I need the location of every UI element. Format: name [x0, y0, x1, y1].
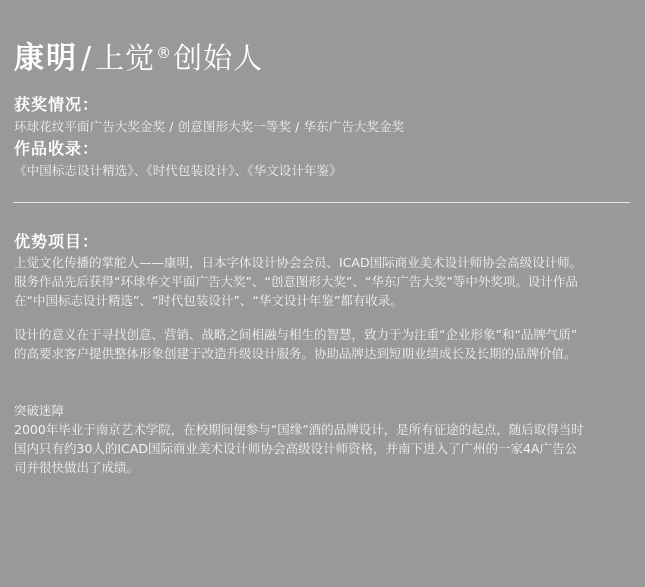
breakthrough-section: 突破迷障 2000年毕业于南京艺术学院，在校期间便参与“国缘”酒的品牌设计，是所… — [14, 401, 634, 477]
advantages-paragraph-1: 上觉文化传播的掌舵人——康明，日本字体设计协会会员、ICAD国际商业美术设计师协… — [14, 253, 634, 310]
page-title: 康明 / 上觉 ® 创始人 — [14, 33, 263, 73]
awards-heading: 获奖情况： — [14, 92, 99, 115]
founder-role: 创始人 — [173, 36, 263, 77]
paragraph-line: 国内只有约30人的ICAD国际商业美术设计师协会高级设计师资格，并南下进入了广州… — [14, 439, 634, 458]
paragraph-line: 服务作品先后获得“环球华文平面广告大奖”、“创意图形大奖”、“华东广告大奖”等中… — [14, 272, 634, 291]
collections-text: 《中国标志设计精选》、《时代包装设计》、《华文设计年鉴》 — [14, 161, 342, 179]
advantages-paragraph-2: 设计的意义在于寻找创意、营销、战略之间相融与相生的智慧，致力于为注重“企业形象”… — [14, 325, 634, 363]
section-divider — [13, 202, 630, 203]
breakthrough-heading: 突破迷障 — [14, 401, 634, 420]
title-separator: / — [81, 41, 91, 76]
founder-profile-page: 康明 / 上觉 ® 创始人 获奖情况： 环球花纹平面广告大奖金奖 / 创意图形大… — [0, 0, 645, 587]
founder-name: 康明 — [14, 33, 78, 77]
brand-name: 上觉 — [95, 36, 155, 77]
paragraph-line: 司并很快做出了成绩。 — [14, 458, 634, 477]
collections-heading: 作品收录： — [14, 136, 99, 159]
paragraph-line: 的高要求客户提供整体形象创建于改造升级设计服务。协助品牌达到短期业绩成长及长期的… — [14, 344, 634, 363]
advantages-heading: 优势项目： — [14, 229, 99, 252]
paragraph-line: 在“中国标志设计精选”、“时代包装设计”、“华文设计年鉴”都有收录。 — [14, 291, 634, 310]
paragraph-line: 上觉文化传播的掌舵人——康明，日本字体设计协会会员、ICAD国际商业美术设计师协… — [14, 253, 634, 272]
paragraph-line: 2000年毕业于南京艺术学院，在校期间便参与“国缘”酒的品牌设计，是所有征途的起… — [14, 420, 634, 439]
awards-text: 环球花纹平面广告大奖金奖 / 创意图形大奖一等奖 / 华东广告大奖金奖 — [14, 117, 404, 135]
paragraph-line: 设计的意义在于寻找创意、营销、战略之间相融与相生的智慧，致力于为注重“企业形象”… — [14, 325, 634, 344]
registered-mark-icon: ® — [156, 44, 171, 62]
